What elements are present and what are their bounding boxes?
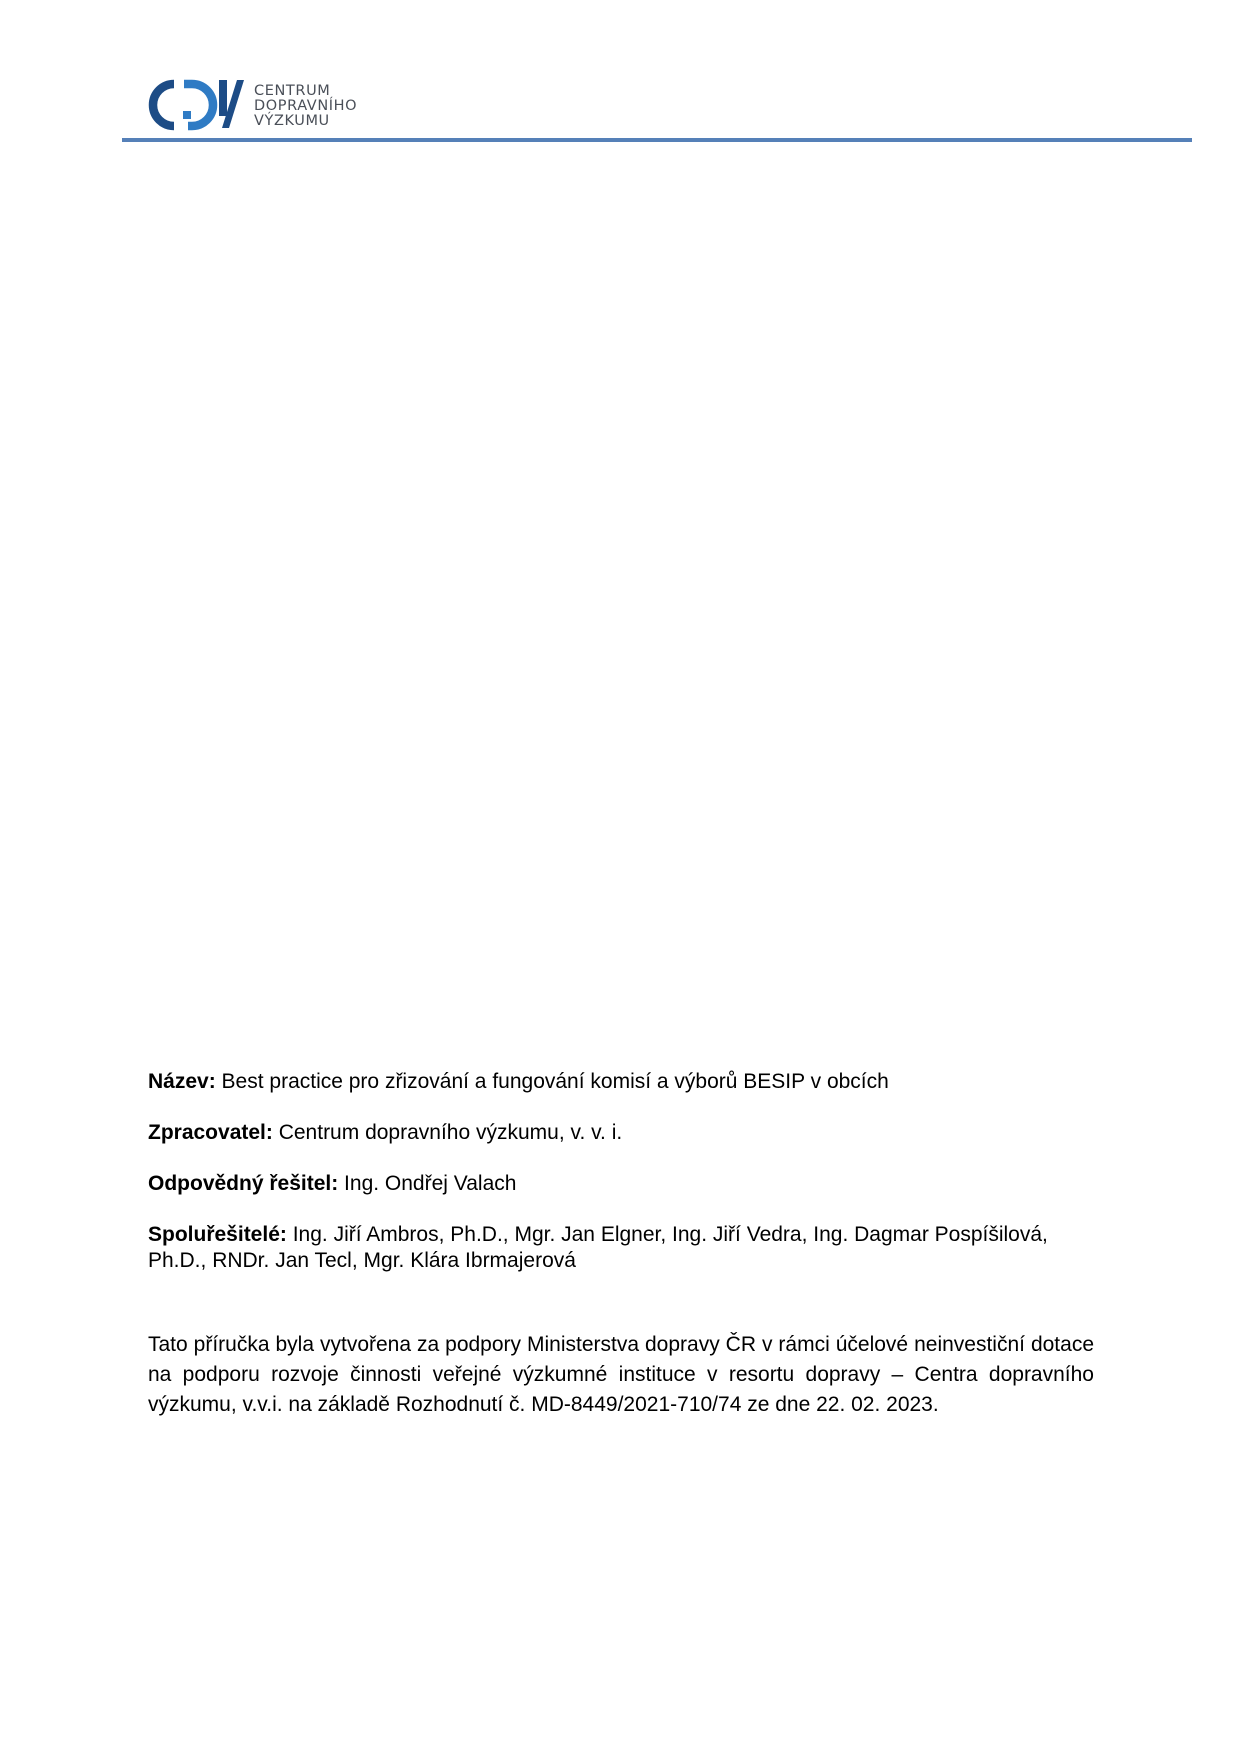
meta-processor-label: Zpracovatel: (148, 1121, 273, 1144)
header-divider (122, 138, 1192, 142)
logo-wordmark: CENTRUM DOPRAVNÍHO VÝZKUMU (254, 84, 357, 129)
meta-processor-row: Zpracovatel: Centrum dopravního výzkumu,… (148, 1120, 1094, 1146)
meta-co-researchers-row: Spoluřešitelé: Ing. Jiří Ambros, Ph.D., … (148, 1222, 1094, 1274)
funding-note: Tato příručka byla vytvořena za podpory … (148, 1330, 1094, 1420)
meta-processor-value: Centrum dopravního výzkumu, v. v. i. (273, 1121, 622, 1144)
logo-line-1: CENTRUM (254, 84, 357, 99)
meta-co-researchers-label: Spoluřešitelé: (148, 1223, 287, 1246)
logo-line-3: VÝZKUMU (254, 114, 357, 129)
meta-title-label: Název: (148, 1070, 216, 1093)
meta-lead-researcher-row: Odpovědný řešitel: Ing. Ondřej Valach (148, 1171, 1094, 1197)
meta-title-value: Best practice pro zřizování a fungování … (216, 1070, 889, 1093)
meta-title-row: Název: Best practice pro zřizování a fun… (148, 1069, 1094, 1095)
logo-line-2: DOPRAVNÍHO (254, 99, 357, 114)
cdv-logo-mark-icon (148, 78, 248, 132)
meta-lead-researcher-label: Odpovědný řešitel: (148, 1172, 338, 1195)
meta-lead-researcher-value: Ing. Ondřej Valach (338, 1172, 516, 1195)
cdv-logo: CENTRUM DOPRAVNÍHO VÝZKUMU (148, 78, 357, 132)
